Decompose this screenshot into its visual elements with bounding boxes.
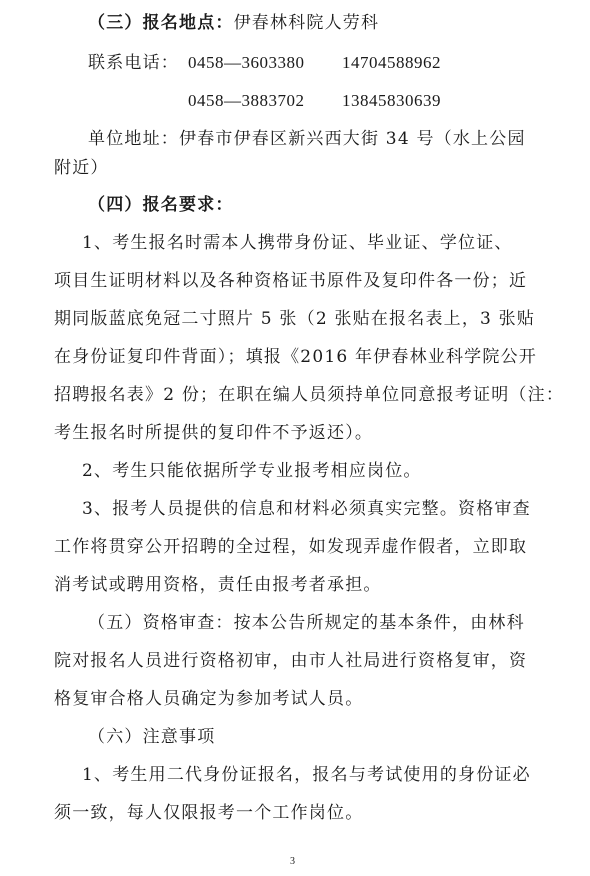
- address-label: 单位地址：: [88, 129, 179, 149]
- section5-line: 格复审合格人员确定为参加考试人员。: [54, 688, 363, 710]
- section4-item1-line: 在身份证复印件背面）；填报《2016 年伊春林业科学院公开: [54, 346, 537, 368]
- section3-line: （三）报名地点：伊春林科院人劳科: [88, 12, 379, 34]
- section4-item1-line: 项目生证明材料以及各种资格证书原件及复印件各一份；近: [54, 270, 527, 292]
- address-line-2: 附近）: [54, 157, 109, 179]
- phone-label: 联系电话：: [88, 52, 179, 74]
- section4-item3-line: 工作将贯穿公开招聘的全过程，如发现弄虚作假者，立即取: [54, 536, 527, 558]
- section5-line: 院对报名人员进行资格初审，由市人社局进行资格复审，资: [54, 650, 527, 672]
- section4-heading: （四）报名要求：: [88, 194, 234, 216]
- section4-item3-line: 3、报考人员提供的信息和材料必须真实完整。资格审查: [82, 498, 531, 520]
- section3-heading: （三）报名地点：: [88, 13, 234, 33]
- section5-line: （五）资格审查：按本公告所规定的基本条件，由林科: [88, 612, 525, 634]
- section4-item2-line: 2、考生只能依据所学专业报考相应岗位。: [82, 460, 422, 482]
- section3-location: 伊春林科院人劳科: [234, 13, 380, 33]
- phone-mobile-1: 14704588962: [342, 52, 441, 74]
- phone-mobile-2: 13845830639: [342, 90, 441, 112]
- section6-item1-line: 须一致，每人仅限报考一个工作岗位。: [54, 802, 363, 824]
- phone-landline-2: 0458—3883702: [188, 90, 305, 112]
- phone-landline-1: 0458—3603380: [188, 52, 305, 74]
- section4-item1-line: 1、考生报名时需本人携带身份证、毕业证、学位证、: [82, 232, 513, 254]
- section4-item1-line: 考生报名时所提供的复印件不予返还）。: [54, 422, 373, 444]
- section6-item1-line: 1、考生用二代身份证报名，报名与考试使用的身份证必: [82, 764, 531, 786]
- section4-item1-line: 招聘报名表》2 份；在职在编人员须持单位同意报考证明（注：: [54, 384, 564, 406]
- section4-item1-line: 期同版蓝底免冠二寸照片 5 张（2 张贴在报名表上，3 张贴: [54, 308, 535, 330]
- section6-heading: （六）注意事项: [88, 726, 215, 748]
- page-number: 3: [290, 856, 295, 867]
- address-line-1: 单位地址：伊春市伊春区新兴西大街 34 号（水上公园: [88, 128, 526, 150]
- document-page: （三）报名地点：伊春林科院人劳科 联系电话： 0458—3603380 1470…: [0, 0, 590, 876]
- address-text: 伊春市伊春区新兴西大街 34 号（水上公园: [179, 129, 526, 149]
- section4-item3-line: 消考试或聘用资格，责任由报考者承担。: [54, 574, 382, 596]
